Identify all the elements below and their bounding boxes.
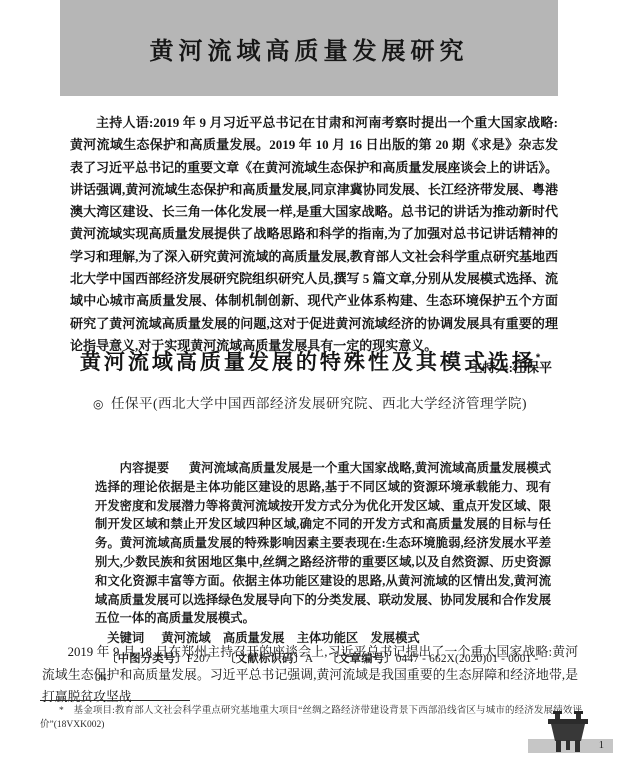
section-title: 黄河流域高质量发展研究 [150, 31, 469, 66]
article-head: 黄河流域高质量发展的特殊性及其模式选择* ◎任保平(西北大学中国西部经济发展研究… [0, 346, 620, 412]
footnote-divider [40, 700, 190, 701]
body-paragraph: 2019 年 9 月 18 日在郑州主持召开的座谈会上,习近平总书记提出了一个重… [42, 641, 578, 709]
ding-vessel-logo-icon [544, 711, 592, 753]
footnote-text: 基金项目:教育部人文社会科学重点研究基地重大项目“丝绸之路经济带建设背景下西部沿… [40, 706, 582, 730]
title-footnote-marker: * [536, 352, 540, 364]
author-affiliation: 任保平(西北大学中国西部经济发展研究院、西北大学经济管理学院) [111, 396, 527, 411]
section-title-banner: 黄河流域高质量发展研究 [60, 0, 558, 96]
editor-note-text: 主持人语:2019 年 9 月习近平总书记在甘肃和河南考察时提出一个重大国家战略… [70, 112, 558, 357]
abstract-paragraph: 内容提要黄河流域高质量发展是一个重大国家战略,黄河流域高质量发展模式选择的理论依… [95, 459, 551, 628]
article-title: 黄河流域高质量发展的特殊性及其模式选择* [0, 346, 620, 376]
abstract-text: 黄河流域高质量发展是一个重大国家战略,黄河流域高质量发展模式选择的理论依据是主体… [95, 461, 551, 625]
article-title-text: 黄河流域高质量发展的特殊性及其模式选择 [80, 351, 536, 374]
author-bullet-icon: ◎ [93, 397, 104, 411]
fund-footnote: * 基金项目:教育部人文社会科学重点研究基地重大项目“丝绸之路经济带建设背景下西… [40, 705, 582, 732]
editor-note: 主持人语:2019 年 9 月习近平总书记在甘肃和河南考察时提出一个重大国家战略… [70, 112, 558, 380]
abstract-label: 内容提要 [120, 461, 170, 475]
article-body: 2019 年 9 月 18 日在郑州主持召开的座谈会上,习近平总书记提出了一个重… [42, 641, 578, 709]
footnote-marker: * [59, 706, 64, 716]
page-number: 1 [599, 740, 604, 751]
author-line: ◎任保平(西北大学中国西部经济发展研究院、西北大学经济管理学院) [0, 392, 620, 412]
journal-page: 黄河流域高质量发展研究 主持人语:2019 年 9 月习近平总书记在甘肃和河南考… [0, 0, 620, 773]
